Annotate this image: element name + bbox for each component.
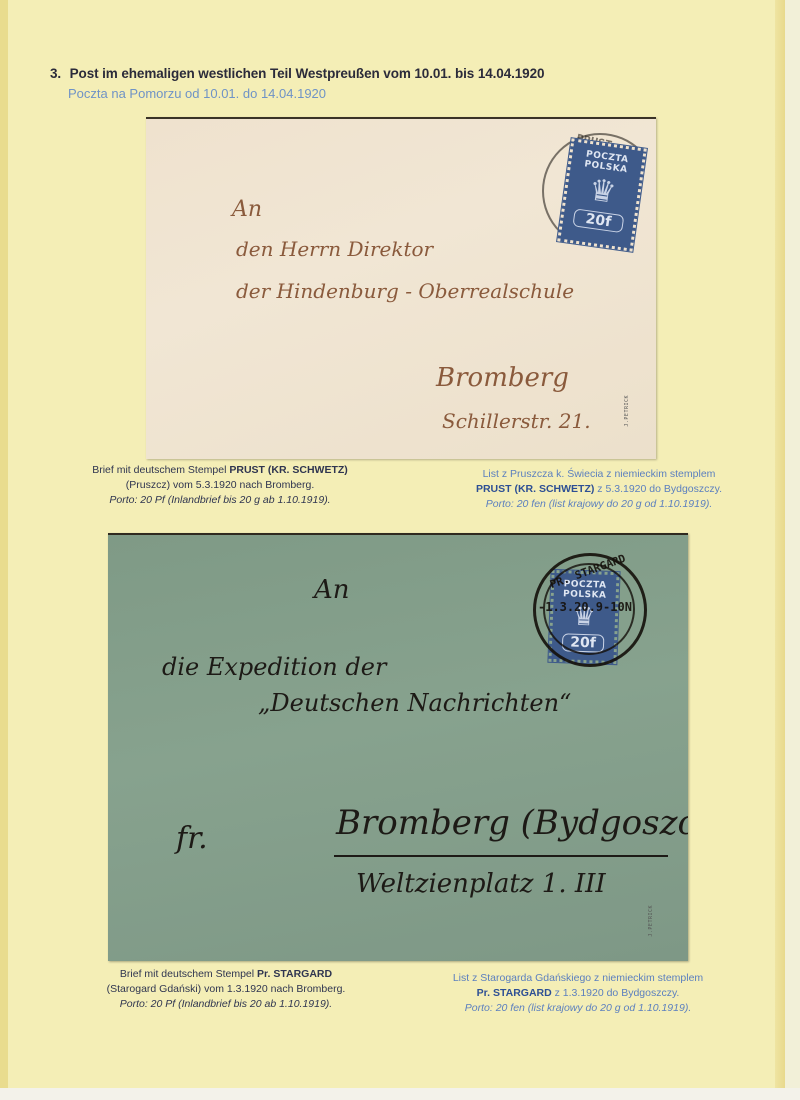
caption-text: List z Starogarda Gdańskiego z niemiecki… xyxy=(418,971,738,986)
caption-pl-cover-1: List z Pruszcza k. Świecia z niemieckim … xyxy=(446,467,752,512)
page-bottom-margin xyxy=(0,1088,800,1100)
section-number: 3. xyxy=(50,66,66,81)
page-edge xyxy=(775,0,785,1090)
caption-text: z 5.3.1920 do Bydgoszczy. xyxy=(594,483,722,495)
address-line: An xyxy=(232,197,262,222)
postage-rate: Porto: 20 Pf (Inlandbrief bis 20 ab 1.10… xyxy=(76,997,376,1012)
address-line: Bromberg (Bydgoszcz) xyxy=(336,803,688,843)
caption-text: z 1.3.1920 do Bydgoszczy. xyxy=(552,987,680,999)
envelope-cover-1: PRUST POCZTA POLSKA ♛ 20f An den Herrn D… xyxy=(146,117,656,459)
postmark-name: Pr. STARGARD xyxy=(477,987,552,999)
postmark-date: -1.3.20.9-10N xyxy=(538,600,632,614)
caption-pl-cover-2: List z Starogarda Gdańskiego z niemiecki… xyxy=(418,971,738,1016)
address-line: An xyxy=(314,575,350,605)
postage-rate: Porto: 20 Pf (Inlandbrief bis 20 g ab 1.… xyxy=(70,493,370,508)
address-line: Weltzienplatz 1. III xyxy=(356,869,606,899)
printer-mark: J.PETRICK xyxy=(648,905,654,937)
section-heading-pl: Poczta na Pomorzu od 10.01. do 14.04.192… xyxy=(68,86,326,101)
caption-de-cover-1: Brief mit deutschem Stempel PRUST (KR. S… xyxy=(70,463,370,508)
address-line: fr. xyxy=(176,821,208,856)
caption-text: List z Pruszcza k. Świecia z niemieckim … xyxy=(446,467,752,482)
caption-text: Brief mit deutschem Stempel xyxy=(92,464,229,476)
postage-stamp: POCZTA POLSKA ♛ 20f xyxy=(557,138,647,252)
caption-de-cover-2: Brief mit deutschem Stempel Pr. STARGARD… xyxy=(76,967,376,1012)
underline xyxy=(334,855,668,857)
caption-text: Brief mit deutschem Stempel xyxy=(120,968,257,980)
postmark-name: Pr. STARGARD xyxy=(257,968,332,980)
printer-mark: J.PETRICK xyxy=(624,395,630,427)
caption-text: (Starogard Gdański) vom 1.3.1920 nach Br… xyxy=(76,982,376,997)
address-line: Bromberg xyxy=(436,363,569,393)
address-line: den Herrn Direktor xyxy=(236,237,433,261)
postage-rate: Porto: 20 fen (list krajowy do 20 g od 1… xyxy=(446,497,752,512)
address-line: Schillerstr. 21. xyxy=(442,409,591,433)
postmark-name: PRUST (KR. SCHWETZ) xyxy=(476,483,594,495)
caption-text: (Pruszcz) vom 5.3.1920 nach Bromberg. xyxy=(70,478,370,493)
envelope-cover-2: POCZTA POLSKA ♛ 20f PR. STARGARD -1.3.20… xyxy=(108,533,688,961)
address-line: „Deutschen Nachrichten“ xyxy=(258,689,571,717)
section-heading-de: 3. Post im ehemaligen westlichen Teil We… xyxy=(50,66,544,81)
heading-text-de: Post im ehemaligen westlichen Teil Westp… xyxy=(70,66,545,81)
postage-rate: Porto: 20 fen (list krajowy do 20 g od 1… xyxy=(418,1001,738,1016)
address-line: der Hindenburg - Oberrealschule xyxy=(236,279,574,303)
address-line: die Expedition der xyxy=(162,653,386,681)
postmark-name: PRUST (KR. SCHWETZ) xyxy=(229,464,347,476)
